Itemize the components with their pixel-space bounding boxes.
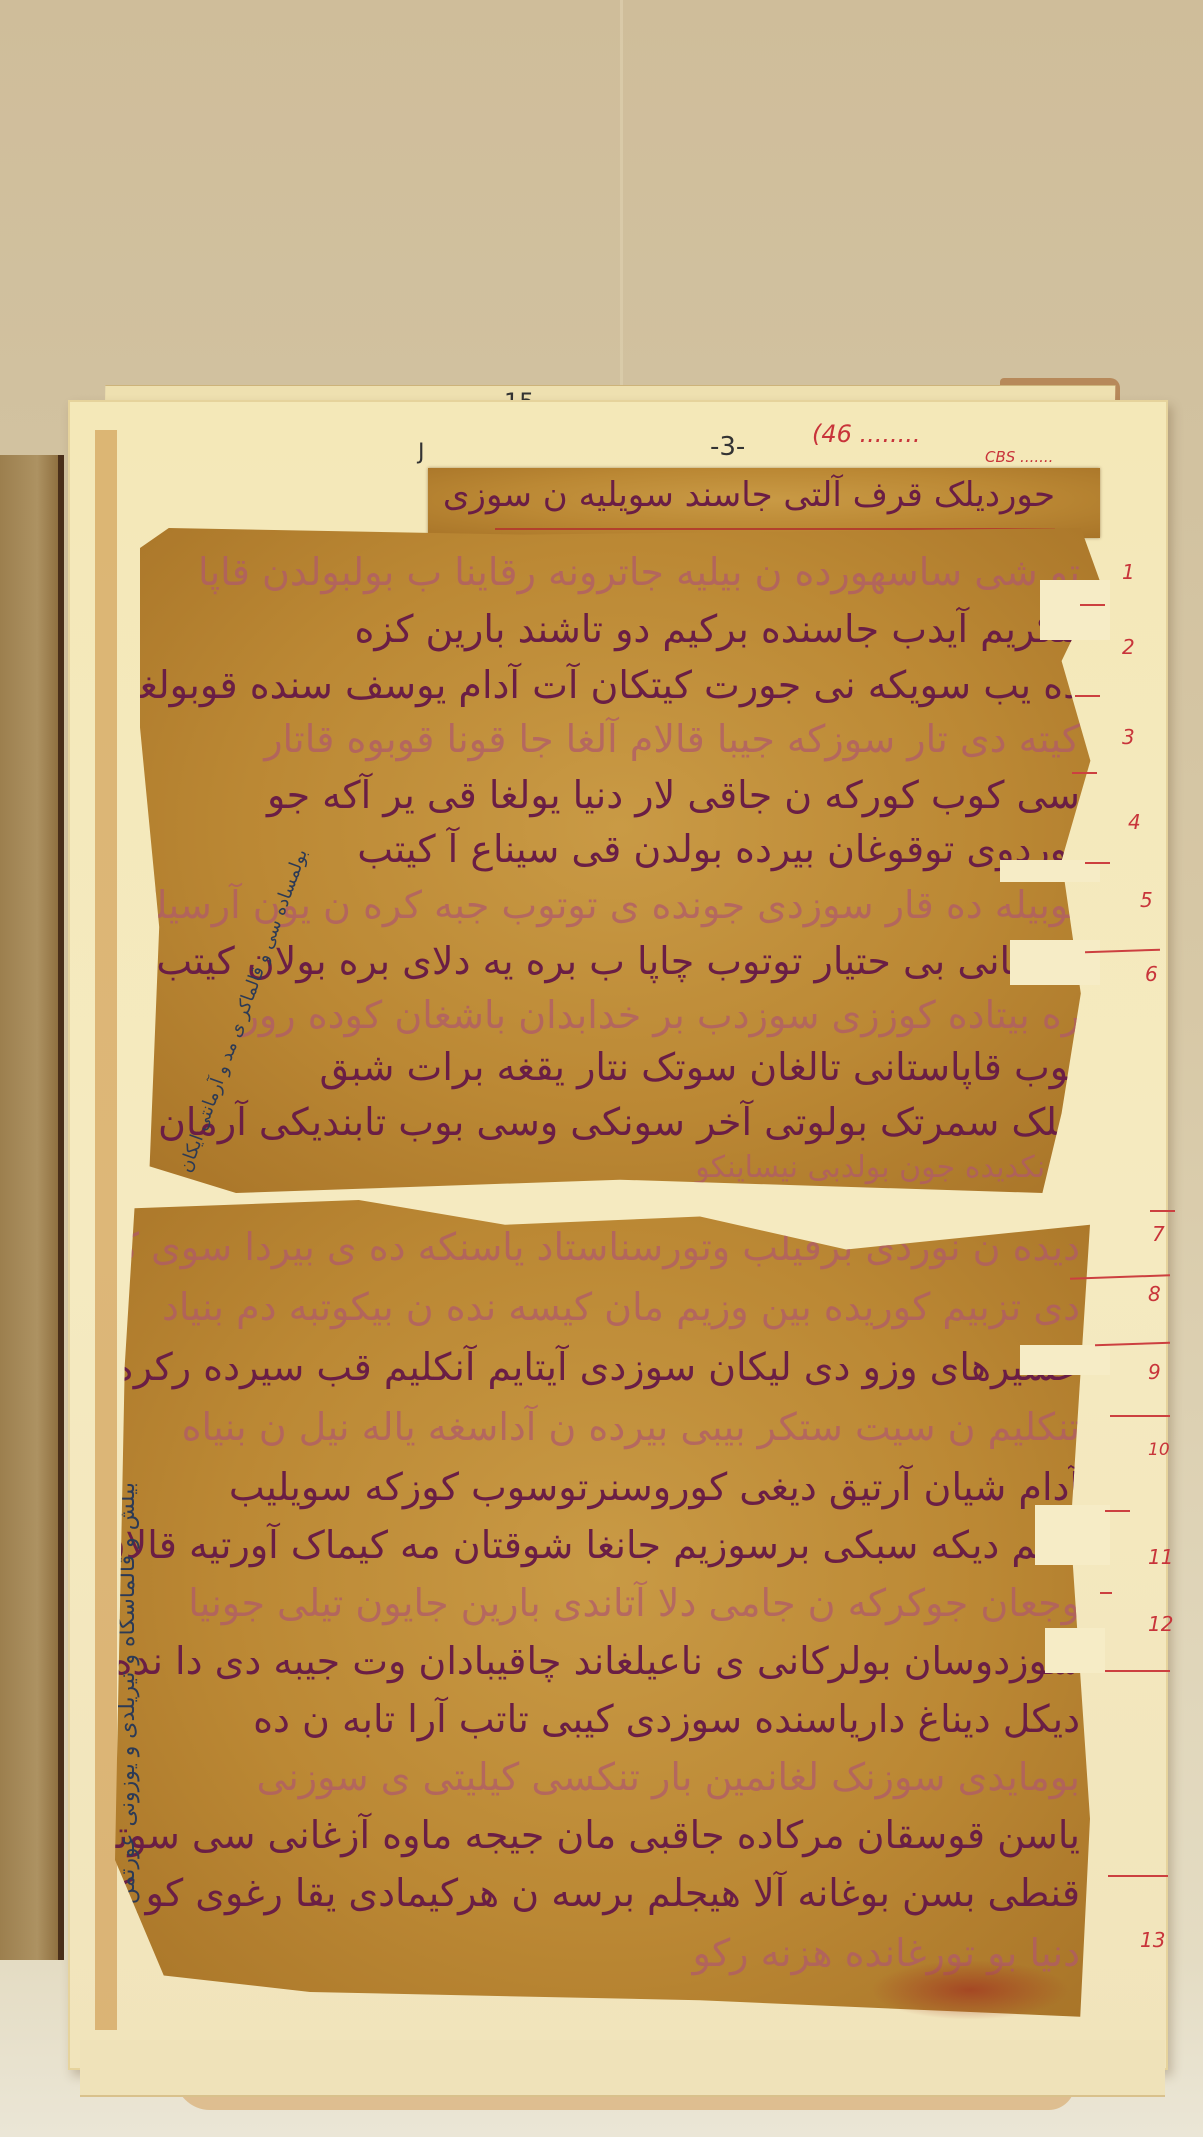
text-line: دیکل دیناغ داریاسنده سوزدی کیبی تاتب آرا… — [253, 1700, 1080, 1738]
manuscript-fragment-top: تو شی ساسهوردە ن بیلیه جاترونه رقاینا ب … — [140, 528, 1100, 1193]
line-tick — [1072, 772, 1097, 774]
header-text: حوردیلک قرف آلتی جاسند سویلیه ن سوزی — [443, 478, 1055, 512]
line-tick — [1150, 1210, 1175, 1212]
text-line: عسیرهای وزو دی لیکان سوزدی آیتایم آنکلیم… — [60, 1348, 1080, 1386]
text-line: سی کوب کورکه ن جاقی لار دنیا یولغا قی یر… — [267, 776, 1080, 814]
line-number-10: 10 — [1148, 1440, 1170, 1460]
line-tick — [1105, 1510, 1130, 1512]
line-tick — [1110, 1415, 1170, 1417]
line-number-9: 9 — [1148, 1360, 1161, 1384]
repair-patch — [1045, 1628, 1105, 1673]
line-number-13: 13 — [1140, 1928, 1165, 1952]
wall-seam — [620, 0, 623, 395]
repair-patch — [1010, 940, 1100, 985]
text-line: تنکریم آیدب جاسنده برکیم دو تاشند بارین … — [354, 610, 1080, 648]
corner-mark: J — [418, 440, 425, 465]
fragment-bottom-text: دیده ن نوردی برقیلب وتورسناستاد یاسنکه د… — [170, 1228, 1080, 2018]
line-number-12: 12 — [1148, 1612, 1173, 1636]
lower-sheet-edge — [80, 2040, 1165, 2097]
text-line: سوزدوسان بولرکانی ی ناعیلغاند چاقیبادان … — [113, 1642, 1080, 1680]
text-line: سیم دیکه سبکی برسوزیم جانغا شوقتان مه کی… — [96, 1526, 1080, 1564]
binding-board — [0, 455, 62, 1960]
text-line: تو شی ساسهوردە ن بیلیه جاترونه رقاینا ب … — [198, 553, 1080, 591]
text-line: بوب قاپاستانی تالغان سوتک نتار یقغه برات… — [319, 1048, 1080, 1086]
fragment-top-text: تو شی ساسهوردە ن بیلیه جاترونه رقاینا ب … — [140, 548, 1080, 1188]
manuscript-fragment-bottom: دیده ن نوردی برقیلب وتورسناستاد یاسنکه د… — [115, 1200, 1090, 2025]
line-number-5: 5 — [1140, 888, 1153, 912]
text-line: بومایدی سوزنک لغانمین بار تنکسی کیلیتی ی… — [257, 1758, 1080, 1796]
line-number-8: 8 — [1148, 1282, 1161, 1306]
text-line: تیلک سمرتک بولوتی آخر سونکی وسی بوب تابن… — [158, 1103, 1080, 1141]
page-number: -3- — [710, 432, 745, 462]
binding-board-edge — [58, 455, 64, 1960]
line-tick — [1075, 695, 1100, 697]
text-line: ده یب سویکه نی جورت کیتکان آت آدام یوسف … — [100, 666, 1080, 704]
text-line: کیته دی تار سوزکه جیبا قالام آلغا جا قون… — [264, 720, 1080, 758]
text-line: آدام شیان آرتیق دیغی کوروسنرتوسوب کوزکه … — [229, 1468, 1080, 1506]
sheet-spine-strip — [95, 430, 117, 2030]
red-pencil-note: (46 ........ — [812, 420, 921, 448]
text-line: وجعان جوکرکه ن جامی دلا آتاندی بارین جای… — [188, 1584, 1080, 1622]
text-line: دی تزبیم کوریده بین وزیم مان کیسه نده ن … — [162, 1288, 1080, 1326]
line-number-7: 7 — [1152, 1222, 1165, 1246]
text-line: یاسن قوسقان مرکاده جاقبی مان جیجه ماوه آ… — [52, 1816, 1080, 1854]
ink-stain — [870, 1960, 1070, 2020]
line-tick — [1108, 1875, 1168, 1877]
text-line: قنطی بسن بوغانه آلا هیجلم برسه ن هرکیماد… — [46, 1874, 1080, 1912]
text-line: تنکلیم ن سیت ستکر بیبی بیرده ن آداسغه یا… — [182, 1408, 1080, 1446]
line-tick — [1105, 1670, 1170, 1672]
line-number-2: 2 — [1122, 635, 1135, 659]
text-line: ره بیتاده کوززی سوزدب بر خدابدان باشغان … — [241, 996, 1080, 1034]
line-tick — [1100, 1592, 1112, 1594]
text-line: حسیانی بی حتیار توتوب چاپا ب بره یه دلای… — [156, 942, 1080, 980]
line-tick — [1080, 604, 1105, 606]
repair-patch — [1040, 580, 1110, 640]
line-number-4: 4 — [1128, 810, 1141, 834]
text-line: ما نکدیده جون بولدبی نیساینکو — [695, 1153, 1080, 1183]
red-pencil-note-2: CBS ....... — [985, 448, 1053, 466]
line-number-11: 11 — [1148, 1545, 1173, 1569]
line-tick — [1085, 862, 1110, 864]
line-number-6: 6 — [1145, 962, 1158, 986]
line-number-1: 1 — [1122, 560, 1135, 584]
repair-patch — [1035, 1505, 1110, 1565]
line-number-3: 3 — [1122, 725, 1135, 749]
repair-patch — [1020, 1345, 1110, 1375]
text-line: توردوی توقوغان بیرده بولدن قی سیناع آ کی… — [357, 830, 1080, 868]
